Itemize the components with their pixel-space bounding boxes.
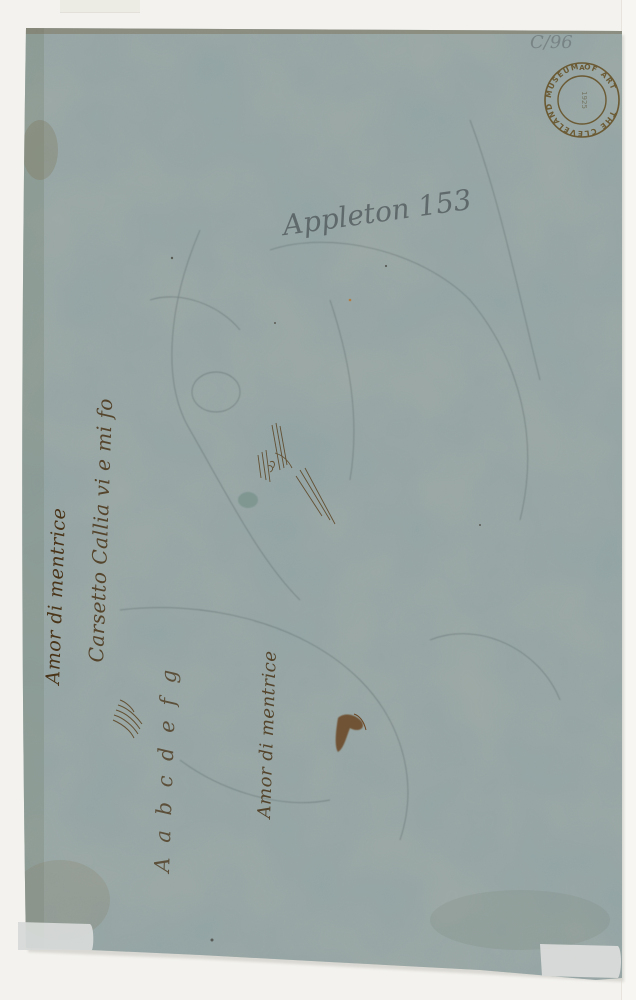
stamp-center-number: 1925: [580, 91, 588, 109]
graphite-number-top-right: C/96: [530, 32, 573, 53]
drawing-sheet: THE CLEVELAND MUSEUM OF ART A 1925 Apple…: [0, 0, 636, 1000]
stamp-marker: A: [579, 64, 585, 72]
